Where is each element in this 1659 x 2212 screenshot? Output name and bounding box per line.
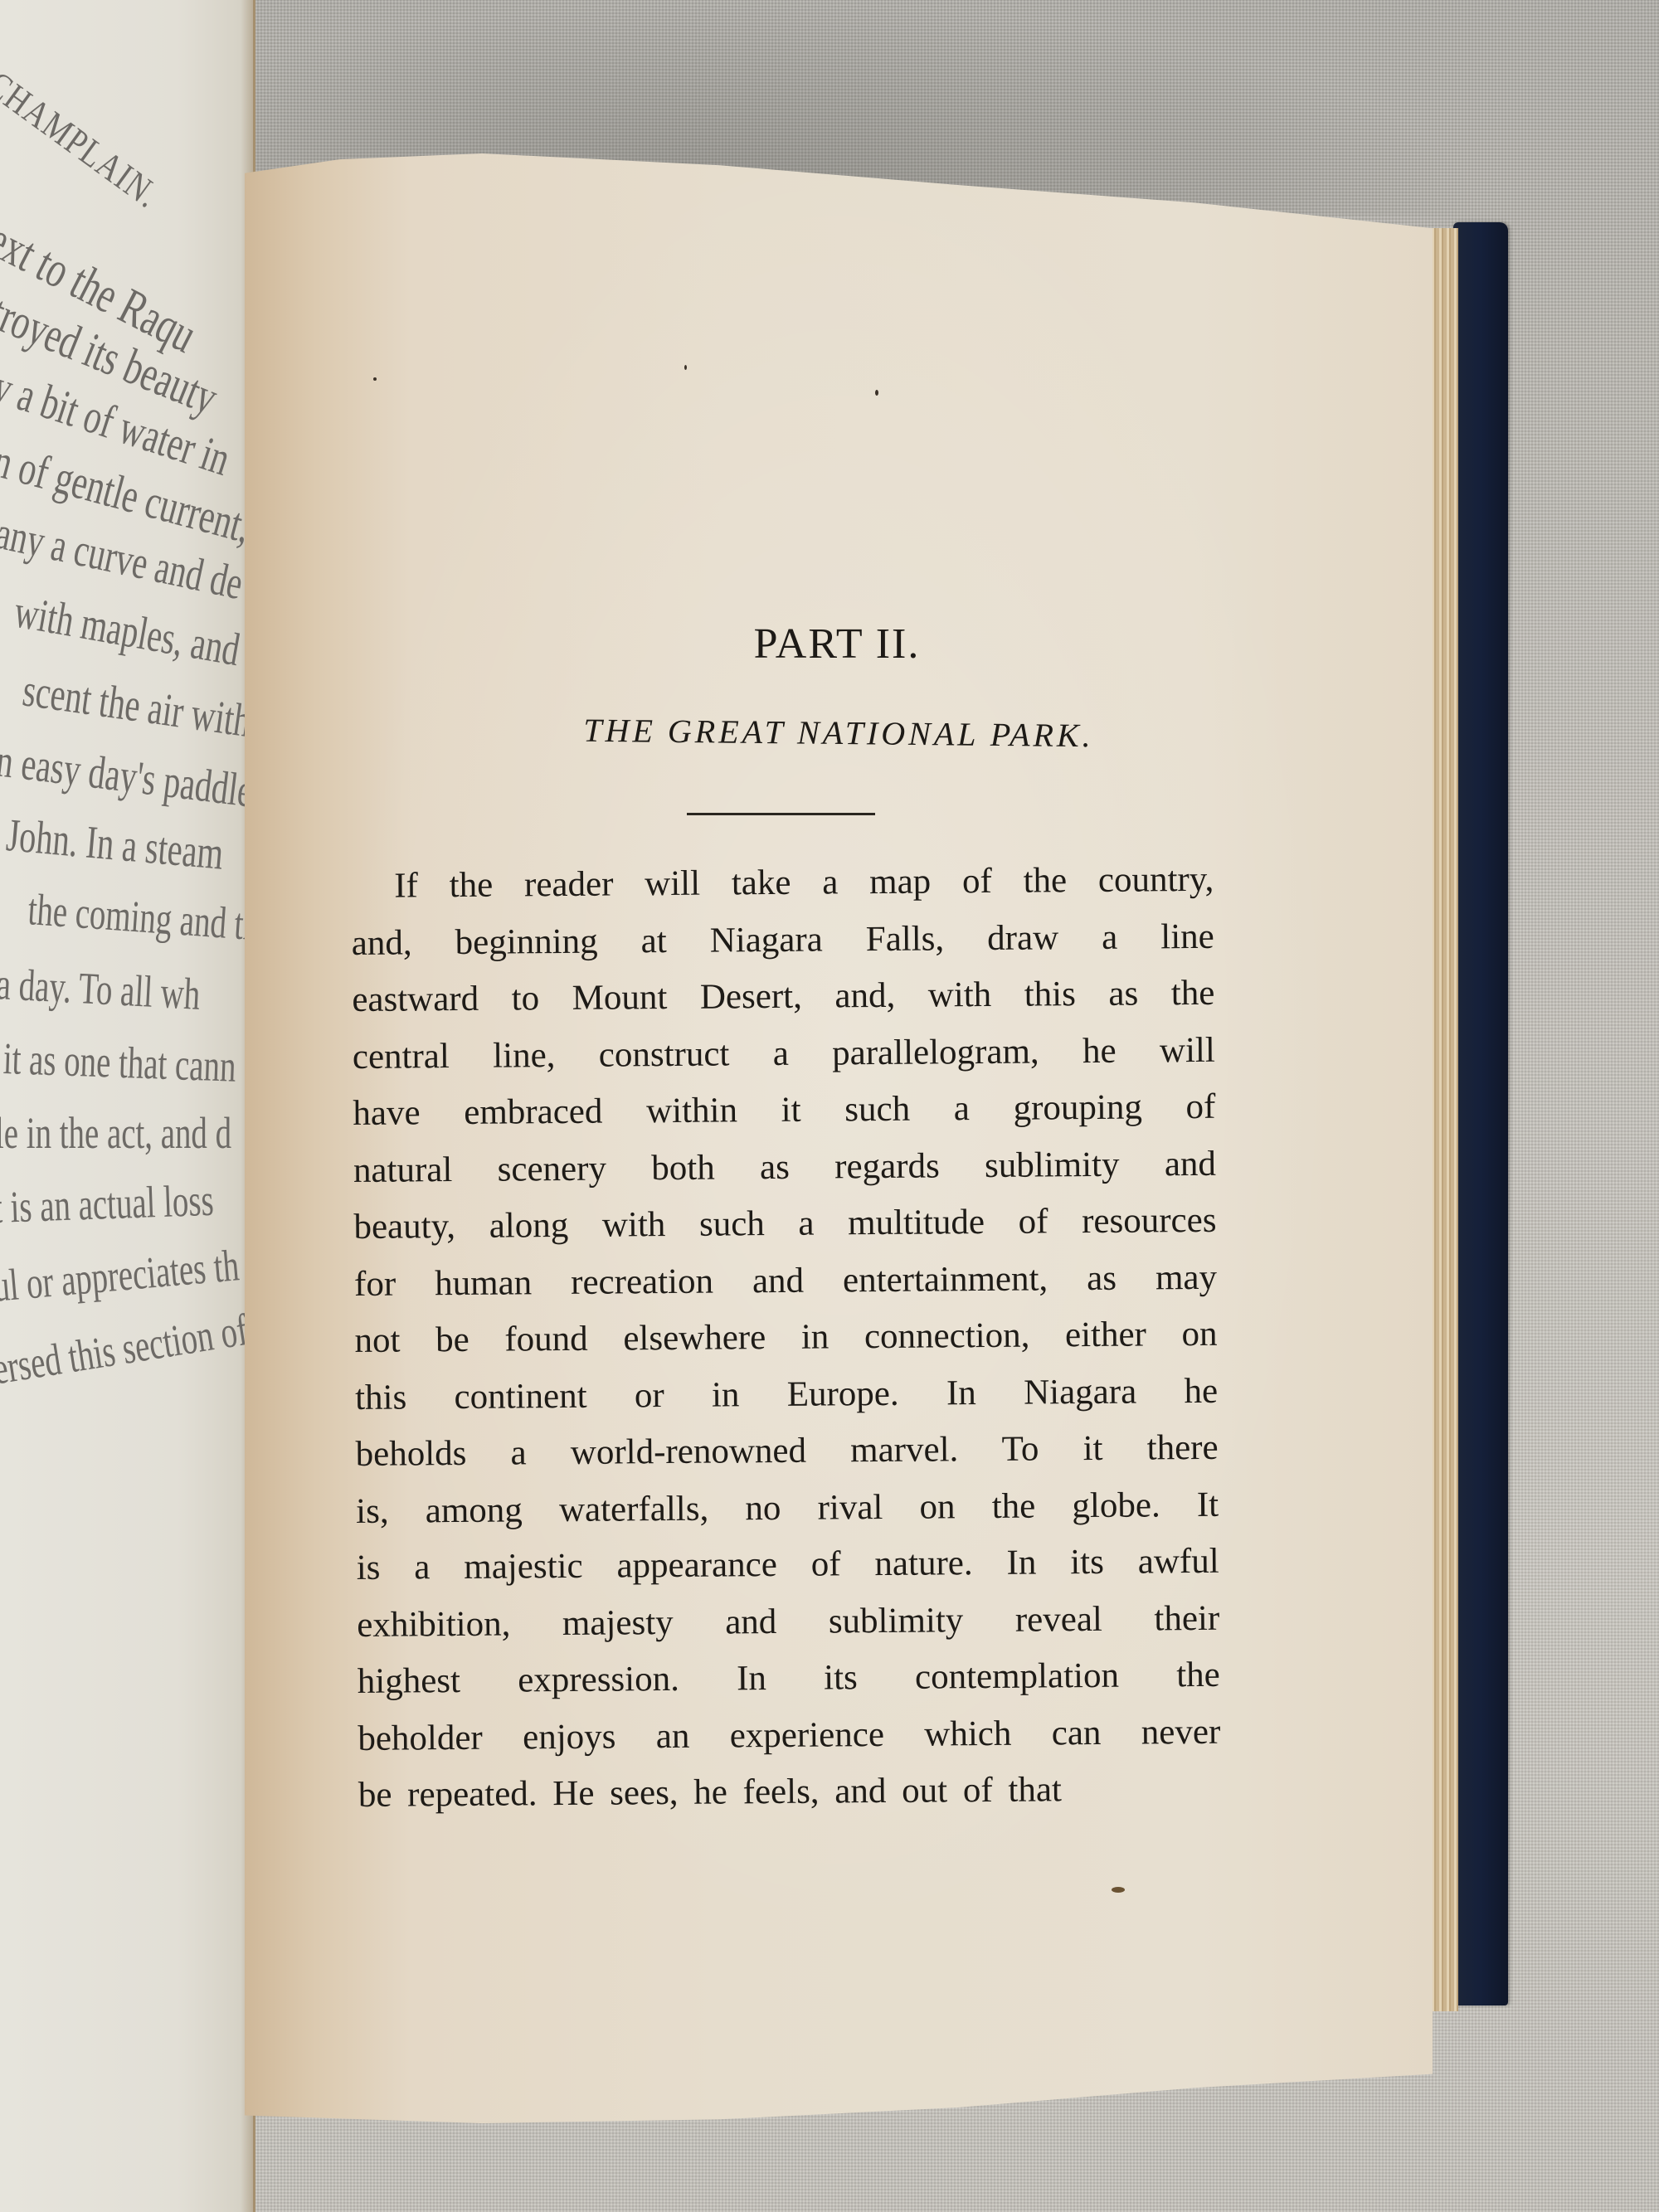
body-line: be repeated. He sees, he feels, and out … <box>358 1761 1222 1825</box>
body-text: If the reader will take a map of the cou… <box>351 852 1221 1825</box>
paper-speck <box>875 390 878 396</box>
body-line: is, among waterfalls, no rival on the gl… <box>356 1476 1219 1540</box>
paper-speck <box>1112 1887 1125 1893</box>
body-line: beauty, along with such a multitude of r… <box>353 1193 1217 1257</box>
body-line: have embraced within it such a grouping … <box>353 1079 1216 1143</box>
left-page: CHAMPLAIN. ext to the Raqu troyed its be… <box>0 0 255 2212</box>
body-line: beholder enjoys an experience which can … <box>358 1704 1221 1767</box>
left-text-line: ersed this section of <box>0 1304 251 1395</box>
page-edges <box>1428 228 1458 2011</box>
left-text-line: le in the act, and d <box>0 1107 231 1159</box>
body-line: not be found elsewhere in connection, ei… <box>354 1306 1218 1370</box>
book-cover-edge <box>1453 222 1508 2005</box>
body-line: is a majestic appearance of nature. In i… <box>356 1534 1219 1597</box>
body-line: for human recreation and entertainment, … <box>354 1249 1218 1313</box>
paper-speck <box>684 365 687 370</box>
body-line: this continent or in Europe. In Niagara … <box>355 1363 1219 1427</box>
body-line: exhibition, majesty and sublimity reveal… <box>357 1590 1220 1654</box>
part-heading: PART II. <box>243 620 1431 668</box>
paper-speck <box>373 377 377 381</box>
body-line: beholds a world-renowned marvel. To it t… <box>355 1420 1219 1484</box>
body-line: If the reader will take a map of the cou… <box>351 852 1214 916</box>
left-text-line: scent the air with <box>20 664 255 748</box>
body-line: highest expression. In its contemplation… <box>358 1647 1221 1711</box>
left-text-line: ul or appreciates th <box>0 1239 241 1312</box>
left-text-line: John. In a steam <box>4 809 226 881</box>
left-text-line: t is an actual loss <box>0 1174 215 1233</box>
body-line: natural scenery both as regards sublimit… <box>353 1135 1217 1199</box>
title-rule <box>687 813 875 815</box>
body-line: eastward to Mount Desert, and, with this… <box>352 965 1215 1029</box>
body-line: central line, construct a parallelogram,… <box>353 1022 1216 1086</box>
left-text-line: a day. To all wh <box>0 958 202 1020</box>
left-text-line: it as one that cann <box>2 1033 237 1092</box>
section-title: THE GREAT NATIONAL PARK. <box>245 707 1433 759</box>
left-running-head: CHAMPLAIN. <box>0 62 168 216</box>
body-line: and, beginning at Niagara Falls, draw a … <box>352 908 1215 972</box>
right-page: PART II. THE GREAT NATIONAL PARK. If the… <box>245 153 1433 2123</box>
left-text-line: n easy day's paddle <box>0 734 255 818</box>
left-text-line: the coming and th <box>27 883 255 950</box>
